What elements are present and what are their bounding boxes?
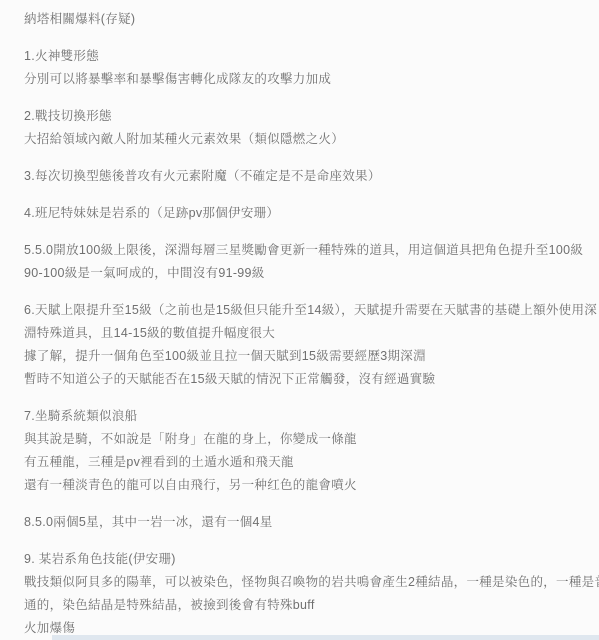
text-line: 7.坐騎系統類似浪船 [24,405,593,428]
document-body: 納塔相關爆料(存疑) 1.火神雙形態分別可以將暴擊率和暴擊傷害轉化成隊友的攻擊力… [0,0,599,640]
text-line: 3.每次切換型態後普攻有火元素附魔（不確定是不是命座效果） [24,165,593,188]
text-line: 還有一種淡青色的龍可以自由飛行，另一种红色的龍會噴火 [24,474,593,497]
paragraph: 2.戰技切換形態大招給領域內敵人附加某種火元素效果（類似隱燃之火） [24,105,593,151]
text-line: 1.火神雙形態 [24,45,593,68]
text-line: 90-100級是一氣呵成的，中間沒有91-99級 [24,262,593,285]
text-line: 據了解，提升一個角色至100級並且拉一個天賦到15級需要經歷3期深淵 [24,345,593,368]
text-line: 9. 某岩系角色技能(伊安珊) [24,548,593,571]
text-line: 通的，染色結晶是特殊結晶，被撿到後會有特殊buff [24,594,593,617]
text-line: 大招給領域內敵人附加某種火元素效果（類似隱燃之火） [24,128,593,151]
text-line: 分別可以將暴擊率和暴擊傷害轉化成隊友的攻擊力加成 [24,68,593,91]
paragraph: 4.班尼特妹妹是岩系的（足跡pv那個伊安珊） [24,202,593,225]
paragraph: 8.5.0兩個5星，其中一岩一冰，還有一個4星 [24,511,593,534]
paragraph: 5.5.0開放100級上限後，深淵每層三星獎勵會更新一種特殊的道具，用這個道具把… [24,239,593,285]
bottom-panel-edge [52,635,599,640]
document-title: 納塔相關爆料(存疑) [24,8,593,31]
paragraph: 3.每次切換型態後普攻有火元素附魔（不確定是不是命座效果） [24,165,593,188]
paragraph: 9. 某岩系角色技能(伊安珊)戰技類似阿貝多的陽華，可以被染色，怪物與召喚物的岩… [24,548,593,640]
text-line: 8.5.0兩個5星，其中一岩一冰，還有一個4星 [24,511,593,534]
text-line: 淵特殊道具，且14-15級的數值提升幅度很大 [24,322,593,345]
paragraph-list: 1.火神雙形態分別可以將暴擊率和暴擊傷害轉化成隊友的攻擊力加成2.戰技切換形態大… [24,45,593,640]
text-line: 5.5.0開放100級上限後，深淵每層三星獎勵會更新一種特殊的道具，用這個道具把… [24,239,593,262]
paragraph: 7.坐騎系統類似浪船與其說是騎，不如說是「附身」在龍的身上，你變成一條龍有五種龍… [24,405,593,497]
text-line: 暫時不知道公子的天賦能否在15級天賦的情況下正常觸發，沒有經過實驗 [24,368,593,391]
text-line: 有五種龍，三種是pv裡看到的土遁水遁和飛天龍 [24,451,593,474]
text-line: 2.戰技切換形態 [24,105,593,128]
text-line: 與其說是騎，不如說是「附身」在龍的身上，你變成一條龍 [24,428,593,451]
text-line: 6.天賦上限提升至15級（之前也是15級但只能升至14級），天賦提升需要在天賦書… [24,299,593,322]
paragraph: 6.天賦上限提升至15級（之前也是15級但只能升至14級），天賦提升需要在天賦書… [24,299,593,391]
paragraph: 1.火神雙形態分別可以將暴擊率和暴擊傷害轉化成隊友的攻擊力加成 [24,45,593,91]
text-line: 戰技類似阿貝多的陽華，可以被染色，怪物與召喚物的岩共鳴會產生2種結晶，一種是染色… [24,571,593,594]
text-line: 4.班尼特妹妹是岩系的（足跡pv那個伊安珊） [24,202,593,225]
